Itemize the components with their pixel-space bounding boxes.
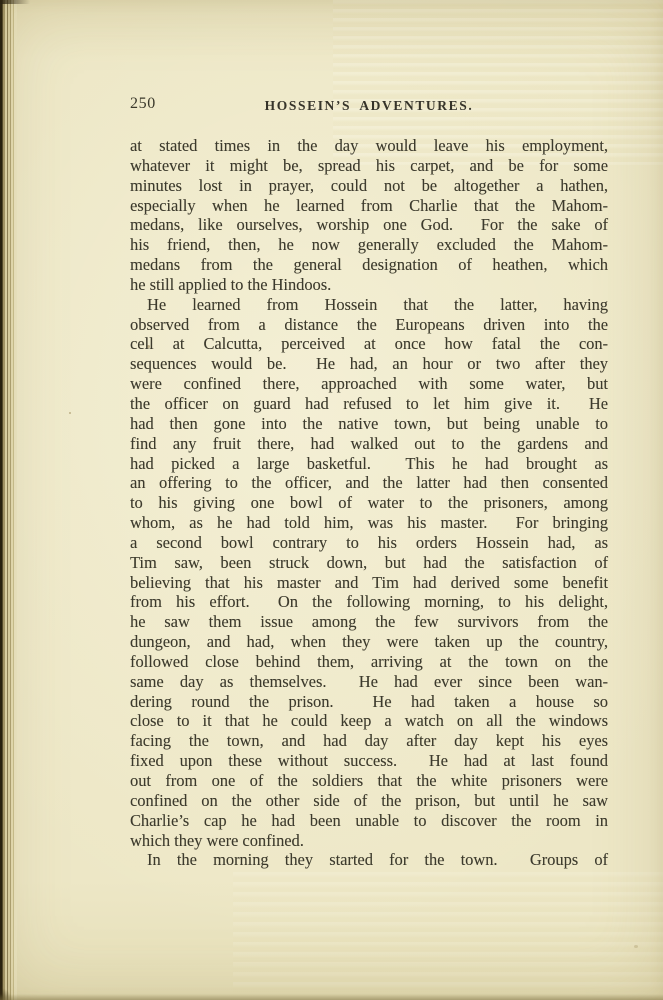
paper-speck [69, 412, 71, 414]
text-line: medans from the general designation of h… [130, 255, 608, 275]
text-line: In the morning they started for the town… [130, 850, 608, 870]
page-bottom-edge [0, 994, 663, 1000]
binding-edge [0, 0, 17, 1000]
running-header-row: 250 HOSSEIN’S ADVENTURES. [130, 95, 608, 115]
text-line: a second bowl contrary to his orders Hos… [130, 533, 608, 553]
text-line: he still applied to the Hindoos. [130, 275, 608, 295]
text-block: at stated times in the day would leave h… [130, 136, 608, 870]
text-line: fixed upon these without success. He had… [130, 751, 608, 771]
text-line: find any fruit there, had walked out to … [130, 434, 608, 454]
text-line: whatever it might be, spread his carpet,… [130, 156, 608, 176]
text-line: were confined there, approached with som… [130, 374, 608, 394]
paper-speck [634, 945, 638, 948]
scan-streaks-bottom [233, 872, 663, 992]
text-line: whom, as he had told him, was his master… [130, 513, 608, 533]
corner-shadow-top-left [0, 0, 30, 4]
text-line: minutes lost in prayer, could not be alt… [130, 176, 608, 196]
text-line: from his effort. On the following mornin… [130, 592, 608, 612]
text-line: dering round the prison. He had taken a … [130, 692, 608, 712]
text-line: He learned from Hossein that the latter,… [130, 295, 608, 315]
text-line: especially when he learned from Charlie … [130, 196, 608, 216]
text-line: confined on the other side of the prison… [130, 791, 608, 811]
text-line: believing that his master and Tim had de… [130, 573, 608, 593]
text-line: to his giving one bowl of water to the p… [130, 493, 608, 513]
text-line: observed from a distance the Europeans d… [130, 315, 608, 335]
text-line: facing the town, and had day after day k… [130, 731, 608, 751]
page-content: 250 HOSSEIN’S ADVENTURES. at stated time… [130, 95, 608, 870]
text-line: had picked a large basketful. This he ha… [130, 454, 608, 474]
text-line: Charlie’s cap he had been unable to disc… [130, 811, 608, 831]
text-line: at stated times in the day would leave h… [130, 136, 608, 156]
text-line: he saw them issue among the few survivor… [130, 612, 608, 632]
text-line: close to it that he could keep a watch o… [130, 711, 608, 731]
text-line: his friend, then, he now generally exclu… [130, 235, 608, 255]
book-page-scan: 250 HOSSEIN’S ADVENTURES. at stated time… [0, 0, 663, 1000]
paragraph: at stated times in the day would leave h… [130, 136, 608, 295]
text-line: followed close behind them, arriving at … [130, 652, 608, 672]
text-line: same day as themselves. He had ever sinc… [130, 672, 608, 692]
text-line: sequences would be. He had, an hour or t… [130, 354, 608, 374]
paragraph: He learned from Hossein that the latter,… [130, 295, 608, 851]
text-line: had then gone into the native town, but … [130, 414, 608, 434]
text-line: medans, like ourselves, worship one God.… [130, 215, 608, 235]
text-line: cell at Calcutta, perceived at once how … [130, 334, 608, 354]
text-line: Tim saw, been struck down, but had the s… [130, 553, 608, 573]
text-line: out from one of the soldiers that the wh… [130, 771, 608, 791]
text-line: an offering to the officer, and the latt… [130, 473, 608, 493]
text-line: dungeon, and had, when they were taken u… [130, 632, 608, 652]
text-line: which they were confined. [130, 831, 608, 851]
text-line: the officer on guard had refused to let … [130, 394, 608, 414]
paragraph: In the morning they started for the town… [130, 850, 608, 870]
running-header-title: HOSSEIN’S ADVENTURES. [130, 98, 608, 114]
